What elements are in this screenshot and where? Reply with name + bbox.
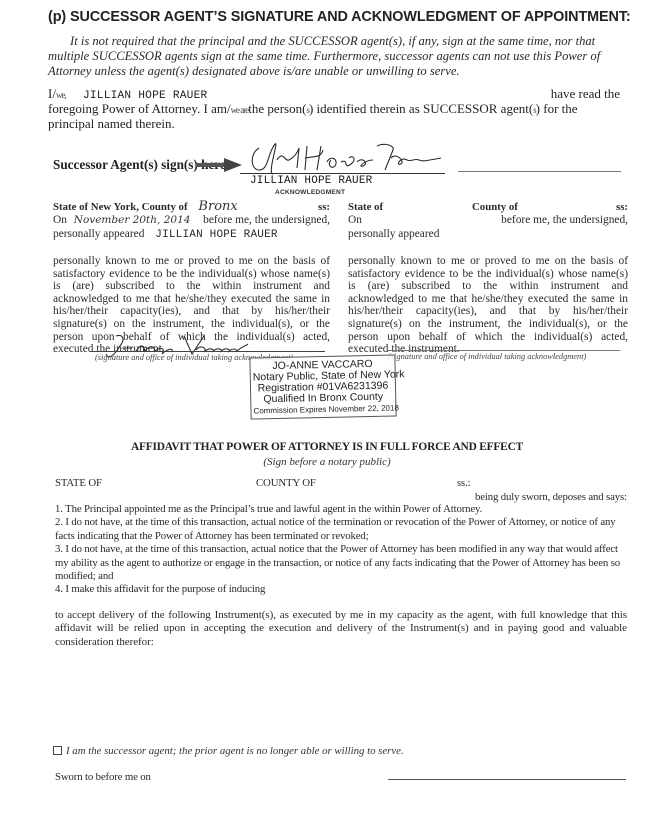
date-handwritten: November 20th, 2014 — [74, 214, 191, 226]
appeared-name: JILLIAN HOPE RAUER — [155, 229, 277, 241]
statement-prefix: I/ — [48, 86, 56, 101]
arrow-right-icon — [196, 158, 242, 172]
affidavit-state-of: STATE OF — [55, 477, 102, 489]
affidavit-item: 1. The Principal appointed me as the Pri… — [55, 503, 627, 516]
affidavit-item: 4. I make this affidavit for the purpose… — [55, 583, 627, 596]
section-heading: (p) SUCCESSOR AGENT’S SIGNATURE AND ACKN… — [48, 9, 631, 25]
state-county-label: State of New York, County of — [53, 201, 188, 213]
personally-appeared-label: personally appeared — [348, 228, 439, 240]
have-read-text: have read the — [551, 87, 620, 102]
affidavit-county-of: COUNTY OF — [256, 477, 316, 489]
statement-identified: ) identified therein as SUCCESSOR agent( — [309, 101, 533, 116]
affidavit-item: 2. I do not have, at the time of this tr… — [55, 516, 627, 543]
before-me-text: before me, the undersigned, — [203, 214, 330, 227]
statement-for-the: ) for the — [536, 101, 578, 116]
agent-signature — [245, 140, 445, 176]
personally-appeared-label: personally appeared — [53, 228, 144, 240]
ss-label: ss: — [318, 201, 330, 214]
successor-agent-checkbox[interactable] — [53, 746, 62, 755]
intro-paragraph: It is not required that the principal an… — [48, 34, 620, 79]
state-of-label: State of — [348, 201, 383, 213]
accept-delivery-paragraph: to accept delivery of the following Inst… — [55, 609, 627, 649]
second-agent-signature-line[interactable] — [458, 171, 621, 172]
printed-agent-name: JILLIAN HOPE RAUER — [250, 175, 372, 187]
struck-we-are: we are — [231, 105, 249, 115]
affidavit-subtitle: (Sign before a notary public) — [0, 456, 654, 468]
stamp-expires: Commission Expires November 22, 2018 — [253, 403, 393, 417]
affidavit-title: AFFIDAVIT THAT POWER OF ATTORNEY IS IN F… — [0, 441, 654, 453]
acknowledgment-title: ACKNOWLEDGMENT — [275, 189, 345, 196]
before-me-text: before me, the undersigned, — [501, 214, 628, 227]
right-signature-line[interactable] — [388, 350, 620, 351]
county-handwritten: Bronx — [198, 199, 237, 214]
struck-we: we, — [56, 90, 66, 100]
sworn-before-label: Sworn to before me on — [55, 771, 151, 783]
notary-signature-line — [90, 351, 325, 352]
acknowledgment-right: State of County of ss: On before me, the… — [348, 201, 628, 356]
notary-stamp: JO-ANNE VACCARO Notary Public, State of … — [249, 354, 396, 419]
on-label: On — [53, 214, 67, 226]
agent-statement: I/we, JILLIAN HOPE RAUER have read the f… — [48, 87, 620, 132]
right-signature-caption: (signature and office of individual taki… — [388, 352, 586, 361]
affidavit-ss: ss.: — [457, 478, 471, 489]
statement-line2: foregoing Power of Attorney. I am/ — [48, 101, 231, 116]
sworn-signature-line[interactable] — [388, 779, 626, 780]
on-label: On — [348, 214, 362, 226]
affidavit-item: 3. I do not have, at the time of this tr… — [55, 543, 627, 583]
statement-line3: principal named therein. — [48, 117, 620, 132]
checkbox-label: I am the successor agent; the prior agen… — [66, 745, 404, 757]
agent-name: JILLIAN HOPE RAUER — [83, 90, 207, 102]
ack-body-right: personally known to me or proved to me o… — [348, 255, 628, 356]
ss-label: ss: — [616, 201, 628, 214]
affidavit-items: 1. The Principal appointed me as the Pri… — [55, 503, 627, 597]
county-of-label: County of — [472, 201, 518, 214]
sworn-says-text: being duly sworn, deposes and says: — [475, 491, 627, 503]
successor-agent-checkbox-row[interactable]: I am the successor agent; the prior agen… — [53, 745, 404, 757]
agent-signature-line — [240, 173, 445, 174]
statement-person: the person( — [248, 101, 306, 116]
